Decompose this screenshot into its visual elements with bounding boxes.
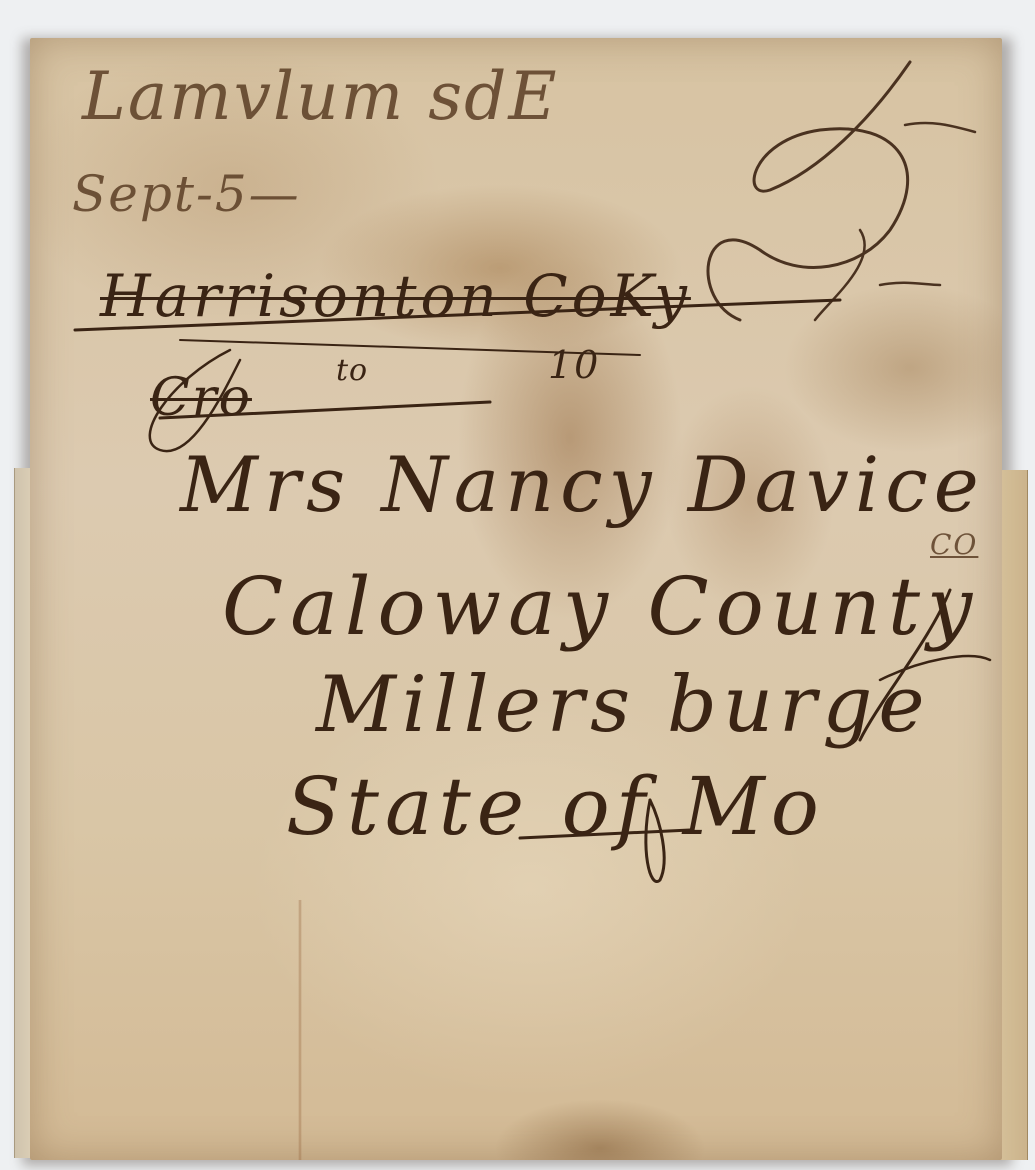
ink-flourishes: [0, 0, 1035, 1170]
large-numeral-flourish: [708, 62, 910, 320]
scan-stage: Lamvlum sdE Sept-5— Harrisonton CoKy Cro…: [0, 0, 1035, 1170]
